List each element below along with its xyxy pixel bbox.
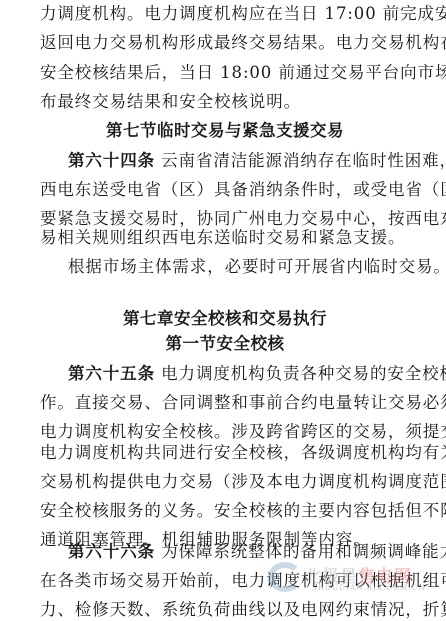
text-line: 在各类市场交易开始前，电力调度机构可以根据机组可调出 xyxy=(40,571,410,591)
article-label: 第六十六条 xyxy=(68,542,155,561)
text-line: 力、检修天数、系统负荷曲线以及电网约束情况，折算得出 xyxy=(40,600,410,620)
text-line: 布最终交易结果和安全校核说明。 xyxy=(40,92,410,112)
text-line: 返回电力交易机构形成最终交易结果。电力交易机构在收到 xyxy=(40,33,410,53)
article-label: 第六十四条 xyxy=(68,151,155,170)
article-label: 第六十五条 xyxy=(68,364,155,383)
article-first-line: 第六十四条 云南省清洁能源消纳存在临时性困难，且 xyxy=(68,151,410,171)
article-text: 电力调度机构负责各种交易的安全校核工 xyxy=(155,364,446,383)
text-line: 西电东送受电省（区）具备消纳条件时，或受电省（区）需 xyxy=(40,180,410,200)
text-line: 电力调度机构共同进行安全校核，各级调度机构均有为电力 xyxy=(40,443,410,463)
text-line: 安全校核服务的义务。安全校核的主要内容包括但不限于： xyxy=(40,501,410,521)
text-line: 要紧急支援交易时，协同广州电力交易中心，按西电东送交 xyxy=(40,209,410,229)
text-line: 交易机构提供电力交易（涉及本电力调度机构调度范围的） xyxy=(40,472,410,492)
text-line: 电力调度机构安全校核。涉及跨省跨区的交易，须提交相关 xyxy=(40,422,410,442)
chapter-heading: 第七章安全校核和交易执行 xyxy=(40,309,410,329)
text-line: 力调度机构。电力调度机构应在当日 17:00 前完成安全校核， xyxy=(40,4,410,24)
text-line: 根据市场主体需求，必要时可开展省内临时交易。 xyxy=(68,257,410,277)
section-heading: 第一节安全校核 xyxy=(40,334,410,354)
section-heading: 第七节临时交易与紧急支援交易 xyxy=(40,121,410,141)
text-line: 作。直接交易、合同调整和事前合约电量转让交易必须通过 xyxy=(40,393,410,413)
article-first-line: 第六十六条 为保障系统整体的备用和调频调峰能力， xyxy=(68,542,410,562)
text-line: 易相关规则组织西电东送临时交易和紧急支援。 xyxy=(40,228,410,248)
article-text: 为保障系统整体的备用和调频调峰能力， xyxy=(155,542,446,561)
text-line: 安全校核结果后，当日 18:00 前通过交易平台向市场主体发 xyxy=(40,63,410,83)
article-text: 云南省清洁能源消纳存在临时性困难，且 xyxy=(155,151,446,170)
article-first-line: 第六十五条 电力调度机构负责各种交易的安全校核工 xyxy=(68,364,410,384)
